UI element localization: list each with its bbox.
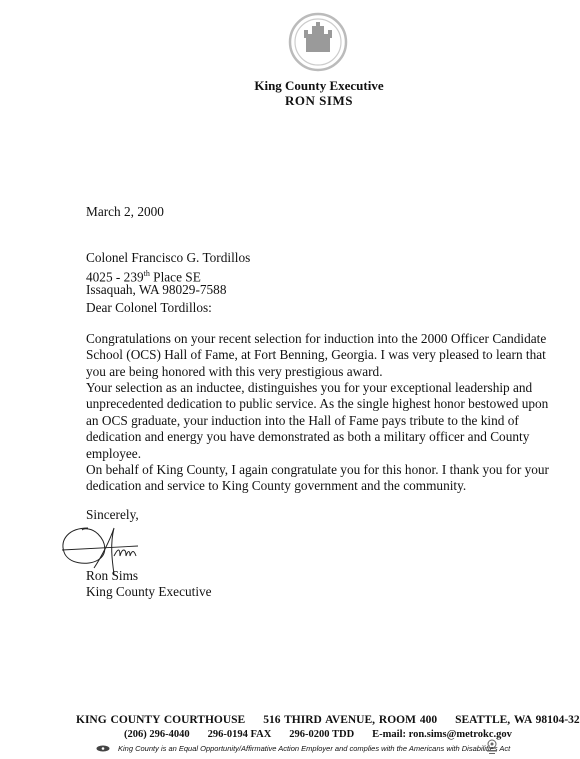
footer-eeo-statement: King County is an Equal Opportunity/Affi… (118, 744, 510, 753)
paragraph-1: Congratulations on your recent selection… (86, 331, 546, 380)
letterhead-name: RON SIMS (29, 93, 580, 109)
letterhead-office: King County Executive (29, 78, 580, 94)
signer-name: Ron Sims (86, 568, 138, 584)
recipient-address-line2: Issaquah, WA 98029-7588 (86, 282, 226, 298)
king-county-seal-icon (288, 12, 348, 72)
recipient-name: Colonel Francisco G. Tordillos (86, 250, 250, 266)
paragraph-3: On behalf of King County, I again congra… (86, 462, 549, 495)
salutation: Dear Colonel Tordillos: (86, 300, 212, 316)
letter-date: March 2, 2000 (86, 204, 164, 220)
footer-contact: (206) 296-4040296-0194 FAX296-0200 TDDE-… (124, 729, 512, 740)
signer-title: King County Executive (86, 584, 212, 600)
footer-address: KING COUNTY COURTHOUSE516 THIRD AVENUE, … (76, 714, 580, 726)
paragraph-2: Your selection as an inductee, distingui… (86, 380, 548, 462)
eye-logo-icon (96, 745, 110, 752)
accessibility-icon (485, 739, 499, 755)
